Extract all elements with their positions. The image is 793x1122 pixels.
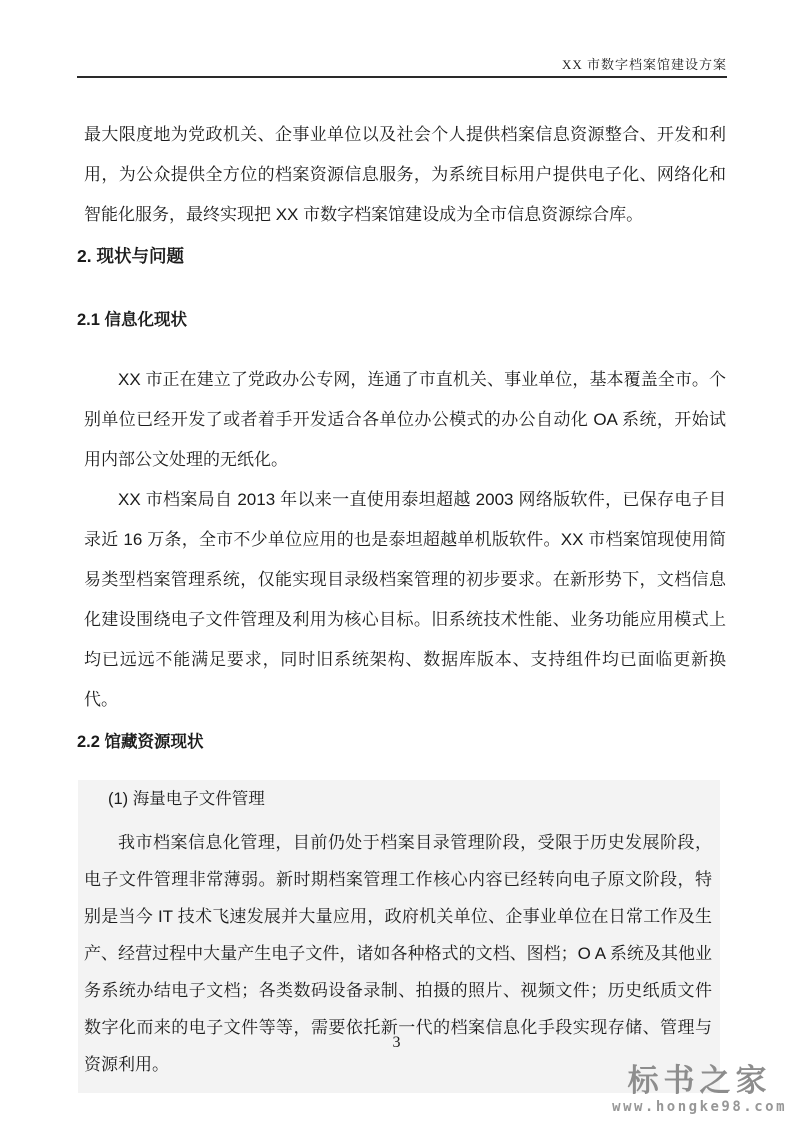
- page-number: 3: [0, 1034, 793, 1052]
- watermark-brand-logo: 标书之家: [612, 1065, 787, 1096]
- box-item-heading: (1) 海量电子文件管理: [108, 788, 712, 810]
- subsection-heading-2-2: 2.2 馆藏资源现状: [77, 730, 720, 754]
- page-header: XX 市数字档案馆建设方案: [77, 0, 727, 78]
- section-heading-2: 2. 现状与问题: [77, 244, 720, 268]
- document-body: 最大限度地为党政机关、企事业单位以及社会个人提供档案信息资源整合、开发和利用，为…: [84, 115, 726, 1093]
- paragraph-oa-network: XX 市正在建立了党政办公专网，连通了市直机关、事业单位，基本覆盖全市。个别单位…: [84, 360, 726, 480]
- paragraph-legacy-system: XX 市档案局自 2013 年以来一直使用泰坦超越 2003 网络版软件，已保存…: [84, 480, 726, 720]
- watermark: 标书之家 www.hongke98.com: [612, 1065, 787, 1114]
- subsection-heading-2-1: 2.1 信息化现状: [77, 308, 720, 332]
- intro-paragraph: 最大限度地为党政机关、企事业单位以及社会个人提供档案信息资源整合、开发和利用，为…: [84, 115, 726, 235]
- watermark-url: www.hongke98.com: [612, 1100, 787, 1114]
- document-page: XX 市数字档案馆建设方案 最大限度地为党政机关、企事业单位以及社会个人提供档案…: [0, 0, 793, 1122]
- document-title: XX 市数字档案馆建设方案: [562, 57, 727, 72]
